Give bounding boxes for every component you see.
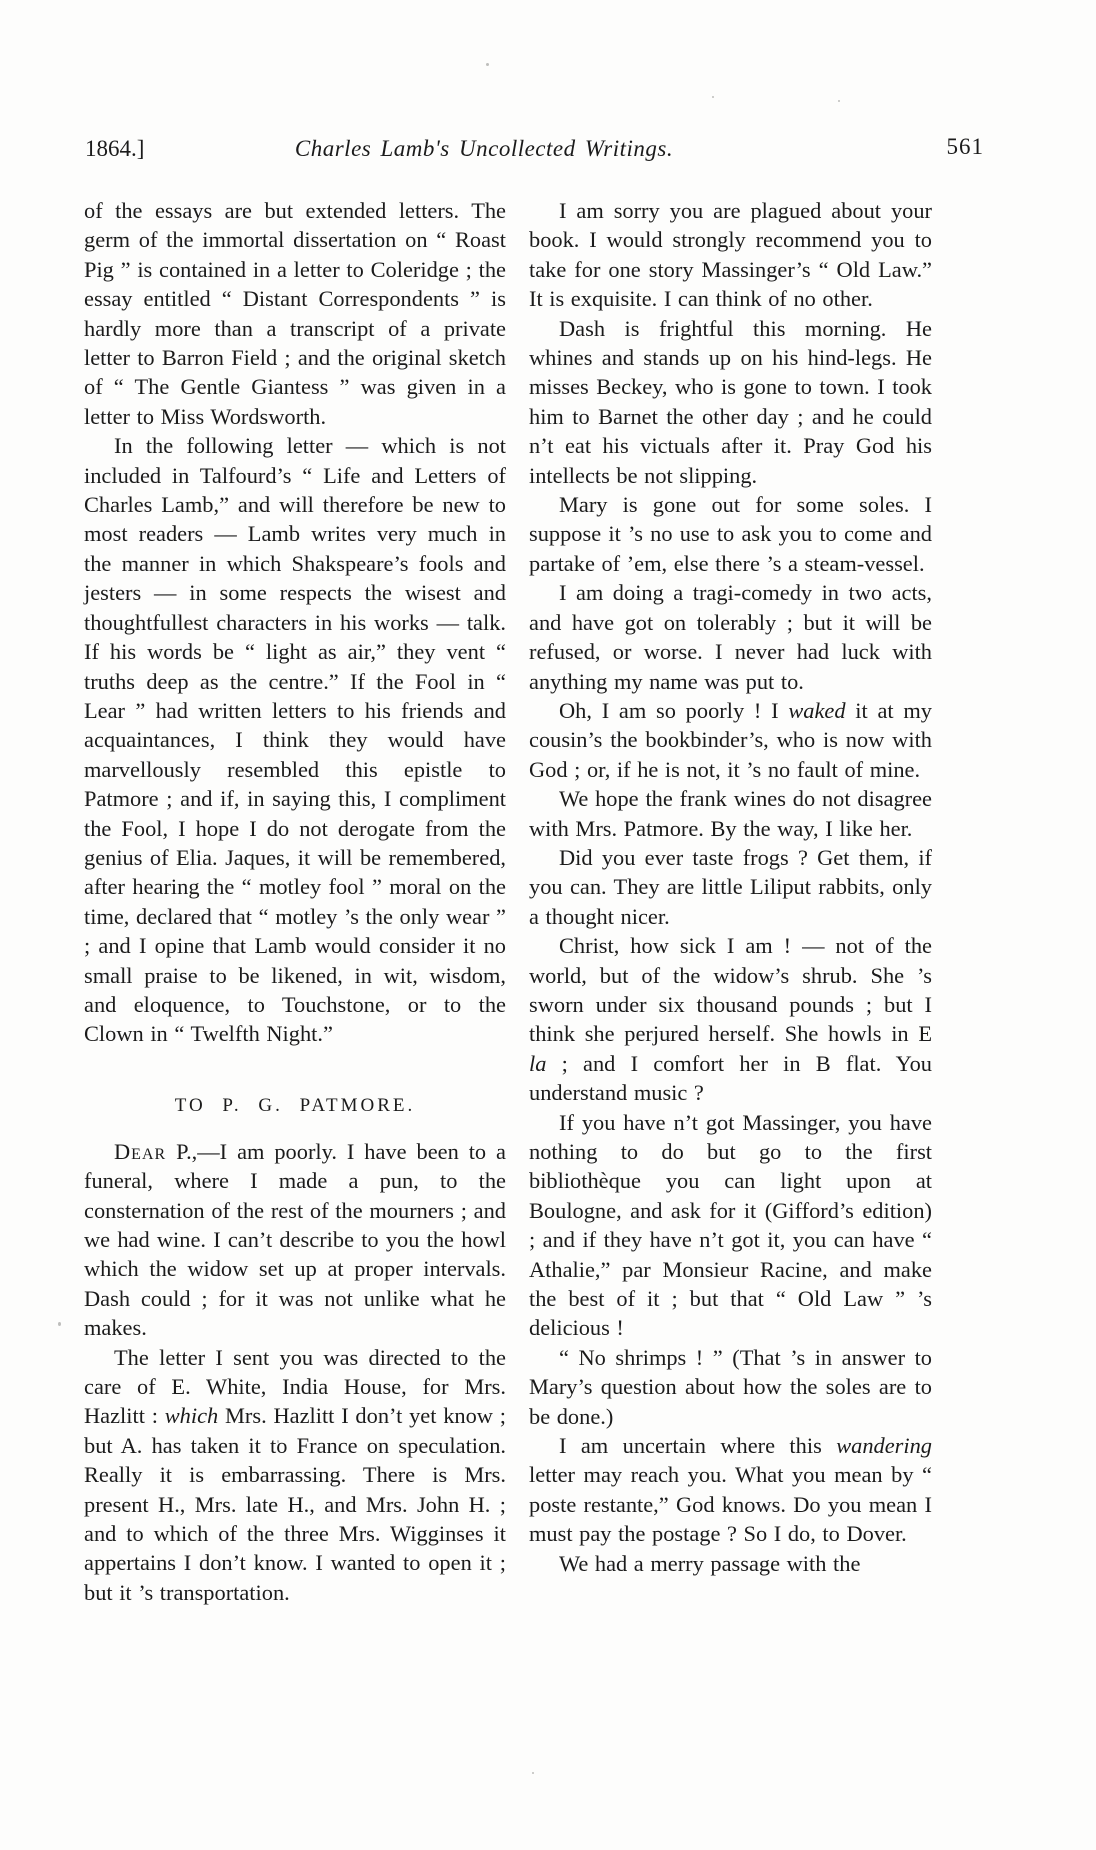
text-run: P.,—I am poorly. I have been to a funera… xyxy=(84,1139,506,1340)
paragraph: Mary is gone out for some soles. I suppo… xyxy=(529,490,932,578)
text-run: In the following letter — which is not i… xyxy=(84,433,506,1046)
paragraph: I am doing a tragi-comedy in two acts, a… xyxy=(529,578,932,696)
paragraph: We hope the frank wines do not disagree … xyxy=(529,784,932,843)
text-run: Christ, how sick I am ! — not of the wor… xyxy=(529,933,932,1046)
paragraph: The letter I sent you was directed to th… xyxy=(84,1343,506,1608)
text-run: Mrs. Hazlitt I don’t yet know ; but A. h… xyxy=(84,1403,506,1604)
paragraph: Dash is frightful this morning. He whine… xyxy=(529,314,932,490)
italic-text: waked xyxy=(788,698,845,723)
column-right: I am sorry you are plagued about your bo… xyxy=(529,196,932,1607)
text-run: We hope the frank wines do not disagree … xyxy=(529,786,932,840)
text-run: letter may reach you. What you mean by “… xyxy=(529,1462,932,1546)
scan-speck xyxy=(486,63,489,66)
text-run: I am sorry you are plagued about your bo… xyxy=(529,198,932,311)
scan-speck xyxy=(58,1322,61,1326)
text-run: ; and I comfort her in B flat. You under… xyxy=(529,1051,932,1105)
scan-speck xyxy=(277,1440,279,1443)
text-run: I am doing a tragi-comedy in two acts, a… xyxy=(529,580,932,693)
italic-text: wandering xyxy=(836,1433,932,1458)
paragraph: In the following letter — which is not i… xyxy=(84,431,506,1049)
header-title: Charles Lamb's Uncollected Writings. xyxy=(84,136,884,162)
paragraph: Oh, I am so poorly ! I waked it at my co… xyxy=(529,696,932,784)
paragraph: I am uncertain where this wandering lett… xyxy=(529,1431,932,1549)
text-run: Dash is frightful this morning. He whine… xyxy=(529,316,932,488)
text-run: Oh, I am so poorly ! I xyxy=(559,698,788,723)
text-run: Did you ever taste frogs ? Get them, if … xyxy=(529,845,932,929)
italic-text: which xyxy=(165,1403,218,1428)
italic-text: la xyxy=(529,1051,546,1076)
scan-speck xyxy=(712,96,714,98)
paragraph: Did you ever taste frogs ? Get them, if … xyxy=(529,843,932,931)
text-run: Mary is gone out for some soles. I suppo… xyxy=(529,492,932,576)
text-run: If you have n’t got Massinger, you have … xyxy=(529,1110,932,1341)
paragraph: If you have n’t got Massinger, you have … xyxy=(529,1108,932,1343)
paragraph: Dear P.,—I am poorly. I have been to a f… xyxy=(84,1137,506,1343)
text-run: “ No shrimps ! ” (That ’s in answer to M… xyxy=(529,1345,932,1429)
text-columns: of the essays are but extended letters. … xyxy=(84,196,932,1607)
smallcaps-text: Dear xyxy=(114,1139,166,1164)
text-run: I am uncertain where this xyxy=(559,1433,836,1458)
scan-speck xyxy=(838,100,840,102)
paragraph: of the essays are but extended letters. … xyxy=(84,196,506,431)
header-page-number: 561 xyxy=(947,134,985,160)
column-left: of the essays are but extended letters. … xyxy=(84,196,506,1607)
book-page: 1864.] Charles Lamb's Uncollected Writin… xyxy=(0,0,1096,1850)
scan-speck xyxy=(532,1772,534,1774)
paragraph: We had a merry passage with the xyxy=(529,1549,932,1578)
paragraph: “ No shrimps ! ” (That ’s in answer to M… xyxy=(529,1343,932,1431)
paragraph: I am sorry you are plagued about your bo… xyxy=(529,196,932,314)
text-run: of the essays are but extended letters. … xyxy=(84,198,506,429)
running-head: 1864.] Charles Lamb's Uncollected Writin… xyxy=(0,136,1096,170)
section-heading: TO P. G. PATMORE. xyxy=(84,1095,506,1117)
text-run: We had a merry passage with the xyxy=(559,1551,860,1576)
paragraph: Christ, how sick I am ! — not of the wor… xyxy=(529,931,932,1107)
